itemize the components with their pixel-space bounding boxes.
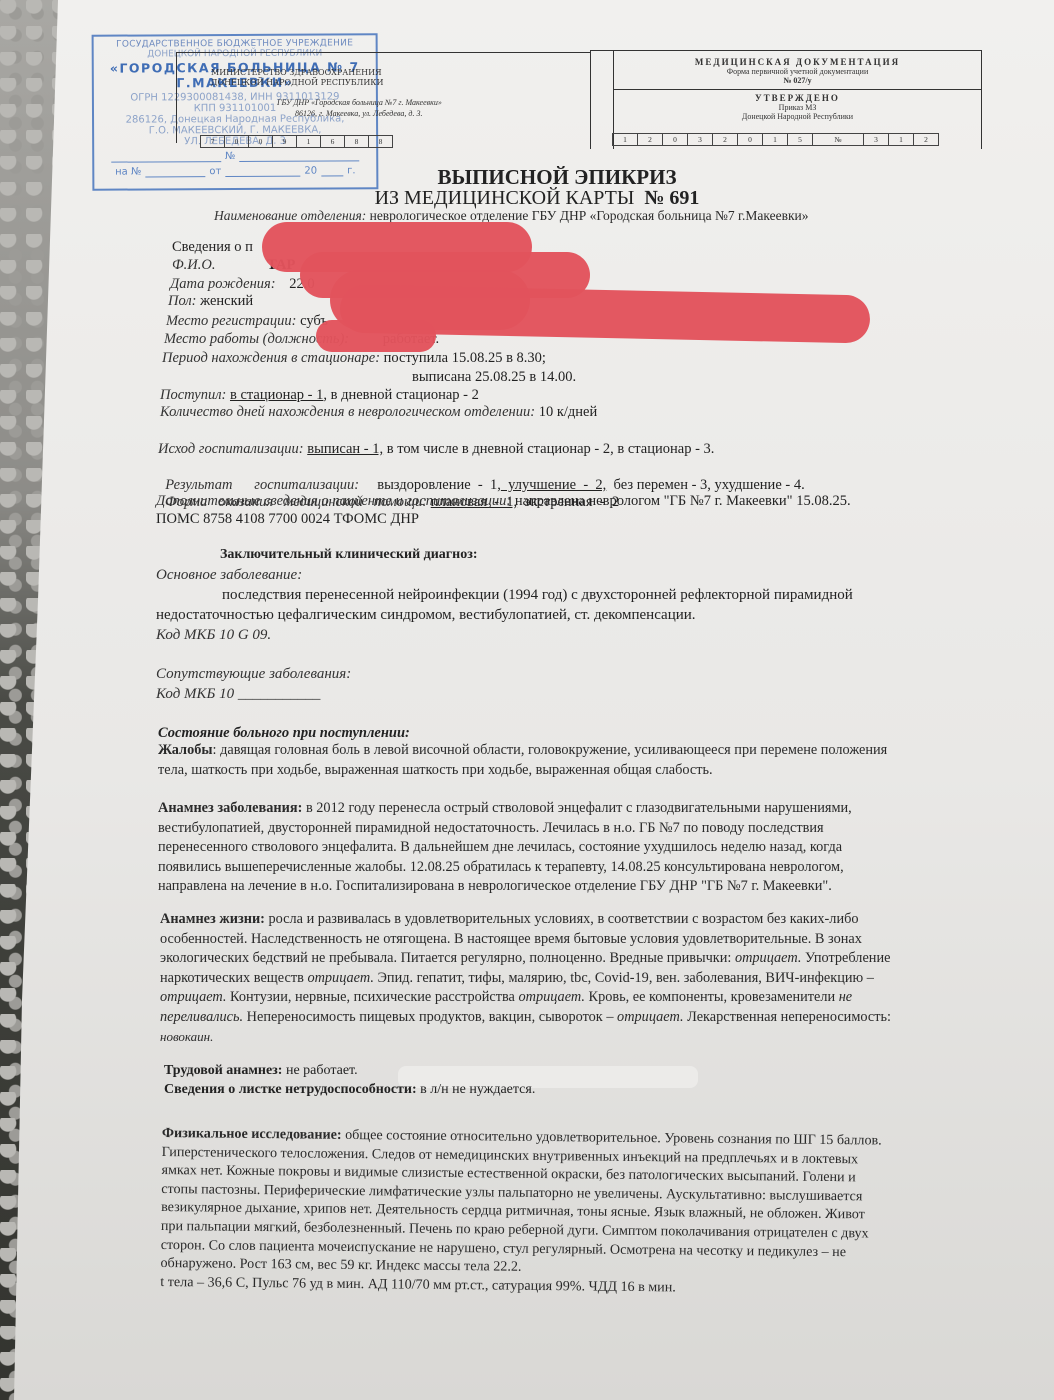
days-value: 10 к/дней — [539, 404, 598, 420]
code-cell: 6 — [320, 135, 344, 148]
days-row: Количество дней нахождения в неврологиче… — [160, 403, 597, 421]
drug-intolerance-value: новокаин. — [160, 1029, 213, 1044]
life-anamnesis-emphasis: отрицает. — [617, 1009, 683, 1025]
outcome-selected: выписан - 1, — [307, 441, 383, 457]
main-disease-code: Код МКБ 10 G 09. — [156, 626, 271, 644]
code-cell: 2 — [637, 133, 662, 146]
number-label: № — [225, 151, 235, 162]
comorbid-label: Сопутствующие заболевания: — [156, 665, 351, 683]
disease-anamnesis-block: Анамнез заболевания: в 2012 году перенес… — [158, 799, 852, 897]
comorbid-code: Код МКБ 10 ___________ — [156, 685, 320, 703]
complaints-label: Жалобы — [158, 742, 213, 758]
disease-anamnesis-text: перенесенного стволового энцефалита. В д… — [158, 838, 852, 858]
code-cell: 1 — [762, 133, 787, 146]
admission-row: Поступил: в стационар - 1, в дневной ста… — [160, 386, 479, 404]
life-anamnesis-text: Употребление — [801, 950, 890, 966]
divider — [614, 89, 981, 90]
life-anamnesis-text: Лекарственная непереносимость: — [684, 1009, 891, 1025]
approved-label: УТВЕРЖДЕНО — [614, 93, 981, 103]
life-anamnesis-text: Непереносимость пищевых продуктов, вакци… — [243, 1009, 617, 1025]
form-subtitle: Форма первичной учетной документации — [614, 67, 981, 76]
sex-value: женский — [200, 293, 253, 309]
code-cell: 7 — [200, 135, 224, 148]
admission-options: , в дневной стационар - 2 — [323, 387, 478, 403]
sex-row: Пол: женский — [168, 292, 253, 310]
registration-row: Место регистрации: субъ — [166, 312, 328, 330]
poms-number: ПОМС 8758 4108 7700 0024 ТФОМС ДНР — [156, 510, 419, 528]
disease-anamnesis-text: в 2012 году перенесла острый стволовой э… — [302, 800, 851, 816]
complaints-text: тела, шаткость при ходьбе, выраженная ша… — [158, 761, 887, 781]
registration-label: Место регистрации: — [166, 313, 296, 329]
main-disease-label: Основное заболевание: — [156, 566, 302, 584]
life-anamnesis-block: Анамнез жизни: росла и развивалась в удо… — [160, 910, 891, 1047]
outcome-label: Исход госпитализации: — [158, 441, 304, 457]
life-anamnesis-text: Эпид. гепатит, тифы, малярию, tbc, Covid… — [374, 970, 874, 986]
life-anamnesis-text: росла и развивалась в удовлетворительных… — [265, 911, 859, 927]
dob-row: Дата рождения: 22.0 — [170, 275, 315, 293]
outcome-options: в том числе в дневной стационар - 2, в с… — [383, 441, 714, 457]
days-label: Количество дней нахождения в неврологиче… — [160, 404, 535, 420]
life-anamnesis-emphasis: отрицает. — [160, 989, 226, 1005]
dob-label: Дата рождения: — [170, 276, 276, 292]
code-cell: 5 — [787, 133, 812, 146]
extra-info-value: направлена неврологом "ГБ №7 г. Макеевки… — [515, 493, 851, 509]
work-anamnesis-row: Трудовой анамнез: не работает. — [164, 1062, 358, 1080]
discharged-date: выписана 25.08.25 в 14.00. — [412, 368, 576, 386]
sick-leave-label: Сведения о листке нетрудоспособности: — [164, 1082, 417, 1097]
order-code-cells: 12032015№312 — [612, 133, 939, 146]
order-label: Приказ МЗ — [614, 103, 981, 112]
code-cell: 8 — [368, 135, 393, 148]
redaction-mark — [316, 320, 436, 352]
republic-label: Донецкой Народной Республики — [614, 112, 981, 121]
code-cell: 3 — [687, 133, 712, 146]
card-number: № 691 — [644, 187, 699, 209]
result-options: без перемен - 3, ухудшение - 4. — [606, 477, 804, 493]
disease-anamnesis-text: направлена на лечение в н.о. Госпитализи… — [158, 877, 852, 897]
organization-address: 86126, г. Макеевка, ул. Лебедева, д. 3. — [295, 109, 422, 118]
stamp-number-row: № — [94, 150, 376, 162]
code-cell: 0 — [662, 133, 687, 146]
code-cell: 0 — [224, 135, 248, 148]
organization-code-cells: 70091688 — [200, 135, 393, 148]
patient-info-heading: Сведения о п — [172, 238, 253, 256]
extra-info-row: Дополнительные сведения о пациенте и гос… — [156, 492, 851, 510]
main-disease-line: последствия перенесенной нейроинфекции (… — [222, 586, 853, 604]
diagnosis-heading: Заключительный клинический диагноз: — [220, 546, 478, 564]
life-anamnesis-text: особенностей. Наследственность не отягощ… — [160, 930, 891, 950]
work-anamnesis-value: не работает. — [286, 1063, 358, 1078]
department-label: Наименование отделения: — [214, 208, 366, 223]
subtitle-text: ИЗ МЕДИЦИНСКОЙ КАРТЫ — [375, 187, 635, 209]
ministry-name: МИНИСТЕРСТВО ЗДРАВООХРАНЕНИЯ — [211, 68, 382, 77]
admission-selected: в стационар - 1 — [230, 387, 323, 403]
blank-line — [239, 150, 359, 162]
extra-info-label: Дополнительные сведения о пациенте и гос… — [156, 493, 511, 509]
blank-line — [111, 151, 221, 163]
life-anamnesis-emphasis: переливались. — [160, 1009, 243, 1025]
code-cell: 2 — [913, 133, 939, 146]
form-title: МЕДИЦИНСКАЯ ДОКУМЕНТАЦИЯ — [614, 57, 981, 67]
code-cell: № — [812, 133, 863, 146]
sex-label: Пол: — [168, 293, 197, 309]
code-cell: 1 — [296, 135, 320, 148]
department-value: неврологическое отделение ГБУ ДНР «Город… — [370, 208, 809, 223]
code-cell: 8 — [344, 135, 368, 148]
admission-label: Поступил: — [160, 387, 226, 403]
life-anamnesis-text: Кровь, ее компоненты, кровезаменители — [585, 989, 839, 1005]
disease-anamnesis-text: появились вышеперечисленные жалобы. 12.0… — [158, 858, 852, 878]
life-anamnesis-emphasis: отрицает. — [735, 950, 801, 966]
work-anamnesis-label: Трудовой анамнез: — [164, 1063, 282, 1078]
ministry-republic: ДОНЕЦКОЙ НАРОДНОЙ РЕСПУБЛИКИ — [211, 78, 383, 87]
outcome-row: Исход госпитализации: выписан - 1, в том… — [158, 440, 714, 458]
admission-state-heading: Состояние больного при поступлении: — [158, 724, 410, 742]
disease-anamnesis-label: Анамнез заболевания: — [158, 800, 302, 816]
life-anamnesis-label: Анамнез жизни: — [160, 911, 265, 927]
code-cell: 1 — [888, 133, 913, 146]
complaints-block: Жалобы: давящая головная боль в левой ви… — [158, 741, 887, 780]
code-cell: 0 — [737, 133, 762, 146]
physical-exam-block: Физикальное исследование: общее состояни… — [160, 1124, 882, 1299]
code-cell: 2 — [712, 133, 737, 146]
stay-period-label: Период нахождения в стационаре: — [162, 350, 380, 366]
life-anamnesis-text: наркотических веществ — [160, 970, 307, 986]
sick-leave-row: Сведения о листке нетрудоспособности: в … — [164, 1081, 535, 1099]
form-number: № 027/у — [614, 76, 981, 85]
disease-anamnesis-text: вестибулопатией, двусторонней пирамидной… — [158, 819, 852, 839]
ministry-header: МИНИСТЕРСТВО ЗДРАВООХРАНЕНИЯ ДОНЕЦКОЙ НА… — [176, 52, 591, 143]
code-cell: 0 — [248, 135, 272, 148]
document-subtitle: ИЗ МЕДИЦИНСКОЙ КАРТЫ № 691 — [0, 187, 1054, 210]
life-anamnesis-text: Контузии, нервные, психические расстройс… — [226, 989, 518, 1005]
code-cell: 1 — [612, 133, 637, 146]
organization-name: ГБУ ДНР «Городская больница №7 г. Макеев… — [277, 98, 442, 107]
main-disease-line: недостаточностью цефалгическим синдромом… — [156, 606, 696, 624]
sick-leave-value: в л/н не нуждается. — [420, 1082, 535, 1097]
fio-label: Ф.И.О. — [172, 257, 215, 273]
complaints-text: : давящая головная боль в левой височной… — [213, 742, 888, 758]
life-anamnesis-emphasis: отрицает. — [518, 989, 584, 1005]
code-cell: 9 — [272, 135, 296, 148]
life-anamnesis-text: экологических бедствий не пребывала. Пит… — [160, 950, 735, 966]
life-anamnesis-emphasis: отрицает. — [307, 970, 373, 986]
code-cell: 3 — [863, 133, 888, 146]
life-anamnesis-emphasis: не — [839, 989, 852, 1005]
physical-exam-label: Физикальное исследование: — [162, 1125, 342, 1143]
admitted-date: поступила 15.08.25 в 8.30; — [384, 350, 546, 366]
